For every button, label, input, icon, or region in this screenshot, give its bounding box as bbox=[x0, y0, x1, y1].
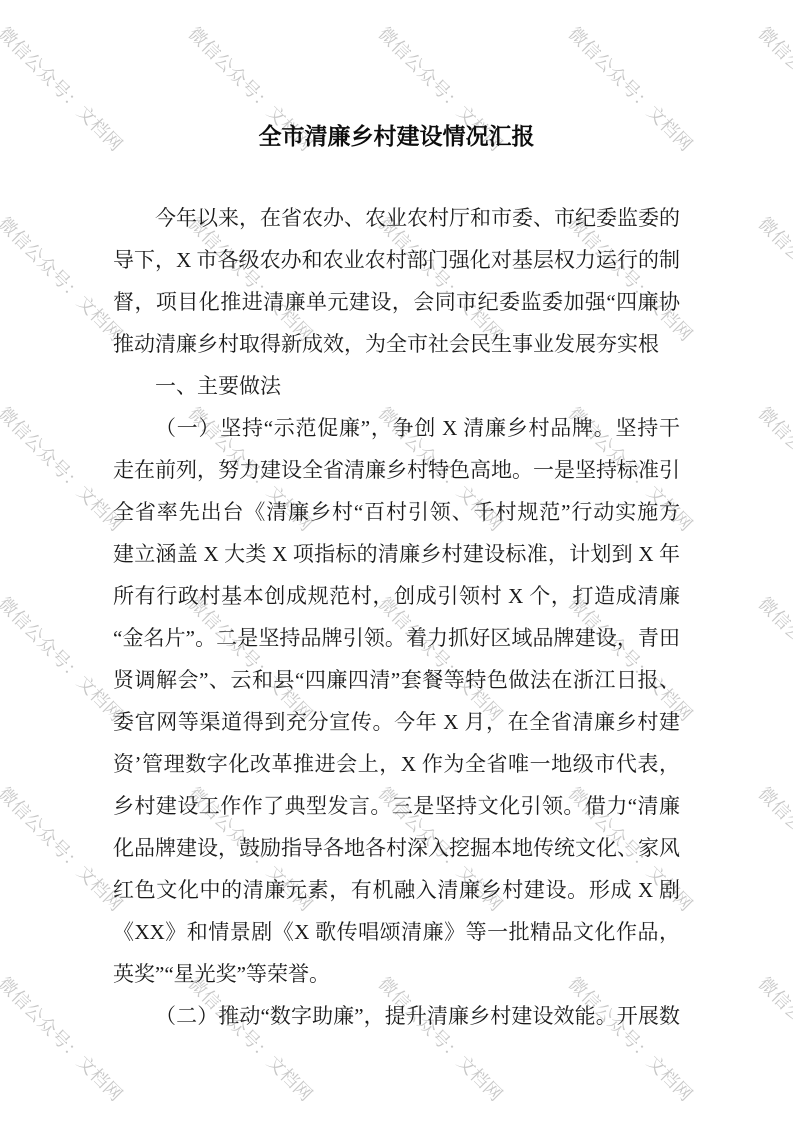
text-line: 走在前列，努力建设全省清廉乡村特色高地。一是坚持标准引领。在 bbox=[113, 449, 680, 491]
document-page: 微信公众号：文档网微信公众号：文档网微信公众号：文档网微信公众号：文档网微信公众… bbox=[0, 0, 793, 1122]
text-line: “金名片”。二是坚持品牌引领。着力抓好区域品牌建设，青田县“乡 bbox=[113, 617, 680, 659]
text-line: 督，项目化推进清廉单元建设，会同市纪委监委加强“四廉协同”， bbox=[113, 281, 680, 323]
text-line: 红色文化中的清廉元素，有机融入清廉乡村建设。形成 X 剧《XX》、 bbox=[113, 869, 680, 911]
section-heading: 一、主要做法 bbox=[113, 365, 680, 407]
text-line: 所有行政村基本创成规范村，创成引领村 X 个，打造成清廉 X 建设的 bbox=[113, 575, 680, 617]
text-line: 资’管理数字化改革推进会上，X 作为全省唯一地级市代表，就清廉 bbox=[113, 743, 680, 785]
text-line: 一、主要做法 bbox=[113, 365, 680, 407]
text-line: 《XX》和情景剧《X 歌传唱颂清廉》等一批精品文化作品，荣获“群 bbox=[113, 911, 680, 953]
text-line: 英奖”“星光奖”等荣誉。 bbox=[113, 953, 680, 995]
text-line: 全省率先出台《清廉乡村“百村引领、千村规范”行动实施方案》， bbox=[113, 491, 680, 533]
text-line: 化品牌建设，鼓励指导各地各村深入挖掘本地传统文化、家风文化、 bbox=[113, 827, 680, 869]
text-line: （一）坚持“示范促廉”，争创 X 清廉乡村品牌。坚持干在实处， bbox=[113, 407, 680, 449]
text-line: 乡村建设工作作了典型发言。三是坚持文化引领。借力“清廉 X”文 bbox=[113, 785, 680, 827]
text-line: 导下，X 市各级农办和农业农村部门强化对基层权力运行的制约和监 bbox=[113, 239, 680, 281]
document-title: 全市清廉乡村建设情况汇报 bbox=[0, 119, 793, 155]
paragraph: 今年以来，在省农办、农业农村厅和市委、市纪委监委的有力领导下，X 市各级农办和农… bbox=[113, 197, 680, 365]
text-line: 今年以来，在省农办、农业农村厅和市委、市纪委监委的有力领 bbox=[113, 197, 680, 239]
text-line: 推动清廉乡村取得新成效，为全市社会民生事业发展夯实根基。 bbox=[113, 323, 680, 365]
document-body: 今年以来，在省农办、农业农村厅和市委、市纪委监委的有力领导下，X 市各级农办和农… bbox=[113, 197, 680, 1037]
document-content: 全市清廉乡村建设情况汇报 今年以来，在省农办、农业农村厅和市委、市纪委监委的有力… bbox=[0, 0, 793, 1122]
text-line: 贤调解会”、云和县“四廉四清”套餐等特色做法在浙江日报、省纪 bbox=[113, 659, 680, 701]
text-line: 建立涵盖 X 大类 X 项指标的清廉乡村建设标准，计划到 X 年底，X 市 bbox=[113, 533, 680, 575]
text-line: 委官网等渠道得到充分宣传。今年 X 月，在全省清廉乡村建设暨‘三 bbox=[113, 701, 680, 743]
text-line: （二）推动“数字助廉”，提升清廉乡村建设效能。开展数字领 bbox=[113, 995, 680, 1037]
paragraph: （一）坚持“示范促廉”，争创 X 清廉乡村品牌。坚持干在实处，走在前列，努力建设… bbox=[113, 407, 680, 995]
paragraph: （二）推动“数字助廉”，提升清廉乡村建设效能。开展数字领 bbox=[113, 995, 680, 1037]
